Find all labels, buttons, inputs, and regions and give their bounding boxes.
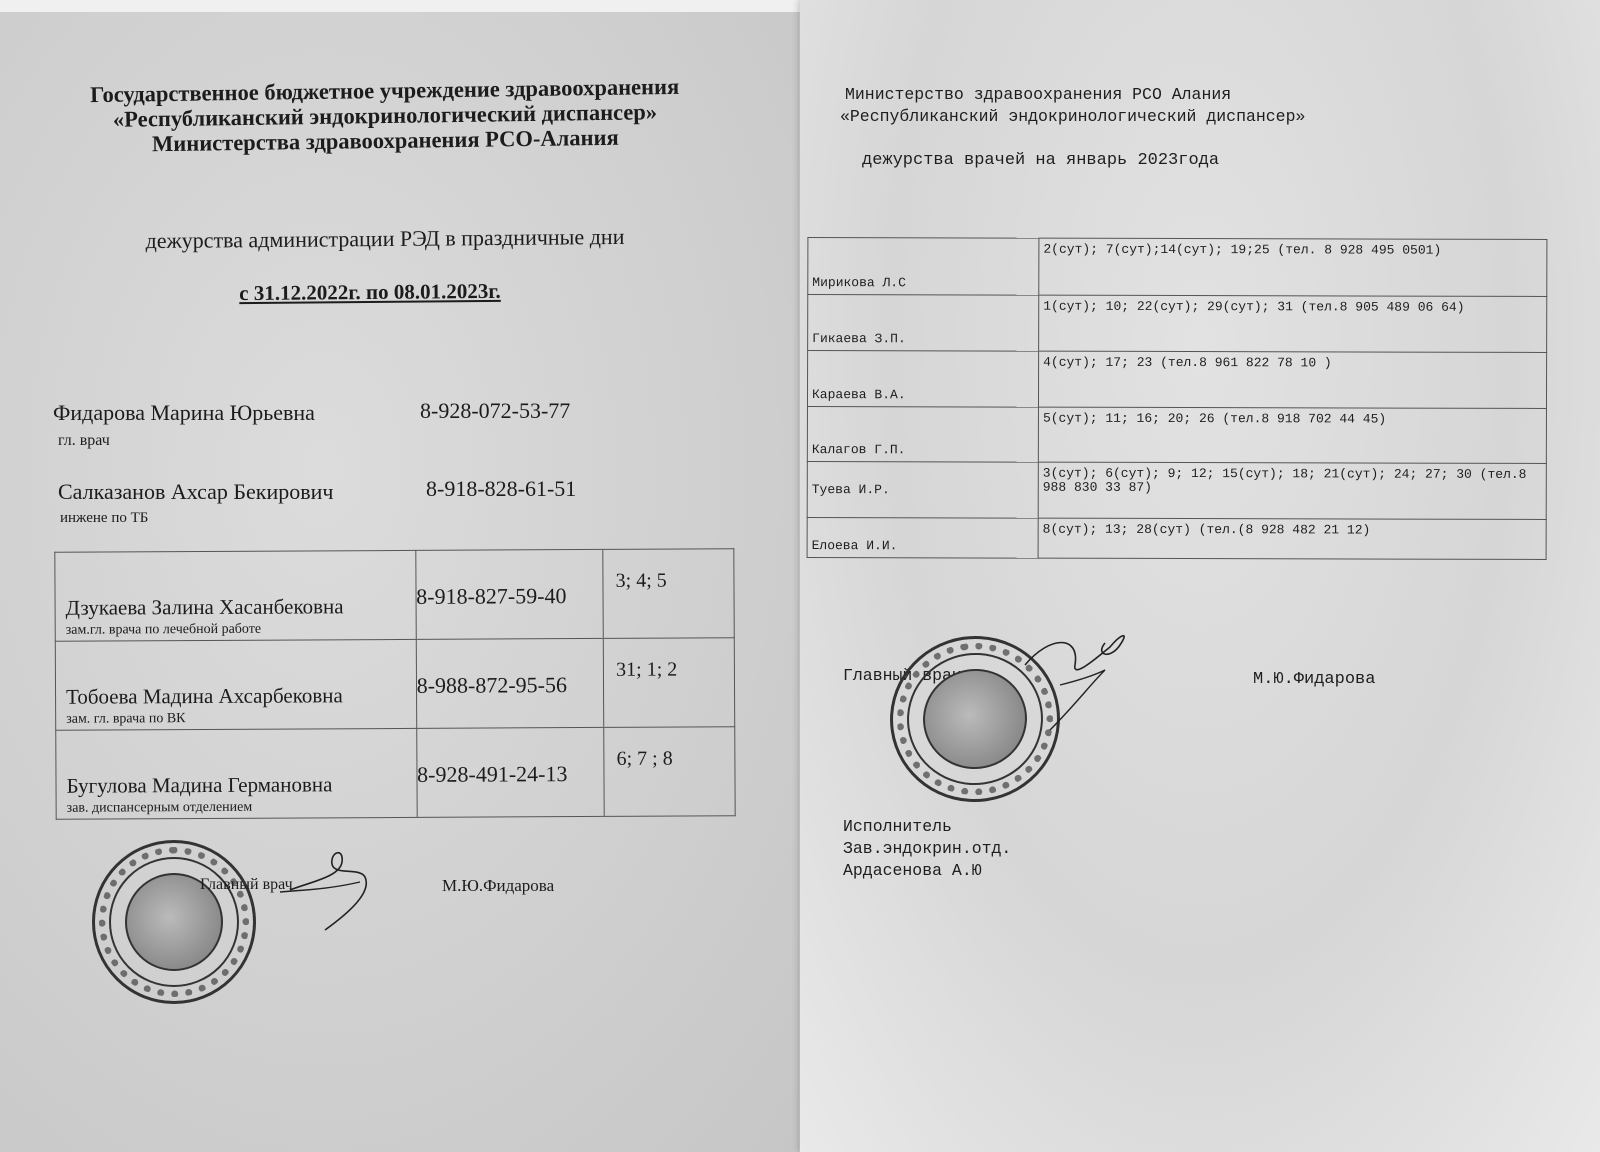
doctor-days: 1(сут); 10; 22(сут); 29(сут); 31 (тел.8 … xyxy=(1039,295,1547,352)
admin-role: зам.гл. врача по лечебной работе xyxy=(66,621,416,639)
admin-duty-table: Дзукаева Залина Хасанбековназам.гл. врач… xyxy=(54,548,735,820)
handwritten-signature-icon xyxy=(270,842,390,937)
signatory-name: М.Ю.Фидарова xyxy=(442,876,554,896)
table-row: Тобоева Мадина Ахсарбековназам. гл. врач… xyxy=(55,638,734,731)
doctor-name: Калагов Г.П. xyxy=(807,407,1038,463)
table-row: Бугулова Мадина Германовназав. диспансер… xyxy=(56,727,735,820)
person-phone: 8-918-828-61-51 xyxy=(426,476,576,502)
header-line-1: Министерство здравоохранения РСО Алания xyxy=(845,84,1305,106)
duty-title: дежурства администрации РЭД в праздничны… xyxy=(0,223,770,256)
table-row: Дзукаева Залина Хасанбековназам.гл. врач… xyxy=(55,549,734,642)
duty-period: с 31.12.2022г. по 08.01.2023г. xyxy=(0,277,740,308)
doctor-duty-title: дежурства врачей на январь 2023года xyxy=(862,151,1219,170)
person-name: Салказанов Ахсар Бекирович xyxy=(58,479,333,505)
signatory-name: М.Ю.Фидарова xyxy=(1253,670,1375,689)
admin-days: 31; 1; 2 xyxy=(603,638,734,728)
doctor-name: Мирикова Л.С xyxy=(808,238,1039,296)
handwritten-signature-icon xyxy=(1020,625,1135,735)
person-name: Фидарова Марина Юрьевна xyxy=(53,400,315,426)
doctor-name: Гикаева З.П. xyxy=(808,295,1039,352)
doctor-days: 8(сут); 13; 28(сут) (тел.(8 928 482 21 1… xyxy=(1038,518,1546,559)
person-role: гл. врач xyxy=(58,432,110,450)
table-row: Туева И.Р. 3(сут); 6(сут); 9; 12; 15(сут… xyxy=(807,462,1546,520)
doctor-days: 2(сут); 7(сут);14(сут); 19;25 (тел. 8 92… xyxy=(1039,238,1547,296)
person-phone: 8-928-072-53-77 xyxy=(420,398,570,424)
person-role: инжене по ТБ xyxy=(60,510,148,527)
ministry-header: Министерство здравоохранения РСО Алания«… xyxy=(845,84,1305,128)
doctor-days: 5(сут); 11; 16; 20; 26 (тел.8 918 702 44… xyxy=(1038,407,1546,463)
doctor-days: 4(сут); 17; 23 (тел.8 961 822 78 10 ) xyxy=(1038,351,1546,408)
admin-phone: 8-918-827-59-40 xyxy=(415,549,603,639)
admin-name: Дзукаева Залина Хасанбековна xyxy=(66,594,416,621)
doctor-duty-table: Мирикова Л.С 2(сут); 7(сут);14(сут); 19;… xyxy=(807,237,1548,560)
left-page: Государственное бюджетное учреждение здр… xyxy=(0,0,805,1152)
admin-role: зав. диспансерным отделением xyxy=(67,799,417,817)
doctor-name: Елоева И.И. xyxy=(807,518,1038,559)
doctor-days: 3(сут); 6(сут); 9; 12; 15(сут); 18; 21(с… xyxy=(1038,462,1546,519)
table-row: Елоева И.И. 8(сут); 13; 28(сут) (тел.(8 … xyxy=(807,518,1546,560)
executor-label: Исполнитель xyxy=(843,816,1011,838)
admin-phone: 8-988-872-95-56 xyxy=(416,638,604,728)
admin-name: Бугулова Мадина Германовна xyxy=(66,772,416,799)
executor-name: Ардасенова А.Ю xyxy=(843,860,1011,882)
header-line-2: «Республиканский эндокринологический дис… xyxy=(840,106,1305,128)
admin-role: зам. гл. врача по ВК xyxy=(66,710,416,728)
executor-position: Зав.эндокрин.отд. xyxy=(843,838,1011,860)
right-page xyxy=(800,0,1600,1152)
organization-title: Государственное бюджетное учреждение здр… xyxy=(0,73,770,159)
table-row: Мирикова Л.С 2(сут); 7(сут);14(сут); 19;… xyxy=(808,238,1547,297)
table-row: Гикаева З.П. 1(сут); 10; 22(сут); 29(сут… xyxy=(808,295,1547,353)
doctor-name: Туева И.Р. xyxy=(807,462,1038,519)
round-seal-stamp-icon xyxy=(92,840,256,1004)
admin-name: Тобоева Мадина Ахсарбековна xyxy=(66,683,416,710)
admin-days: 6; 7 ; 8 xyxy=(604,727,735,817)
table-row: Калагов Г.П. 5(сут); 11; 16; 20; 26 (тел… xyxy=(807,407,1546,464)
doctor-name: Караева В.А. xyxy=(807,351,1038,408)
executor-block: ИсполнительЗав.эндокрин.отд.Ардасенова А… xyxy=(843,816,1011,882)
table-row: Караева В.А. 4(сут); 17; 23 (тел.8 961 8… xyxy=(807,351,1546,409)
admin-days: 3; 4; 5 xyxy=(603,549,734,639)
admin-phone: 8-928-491-24-13 xyxy=(416,727,604,817)
